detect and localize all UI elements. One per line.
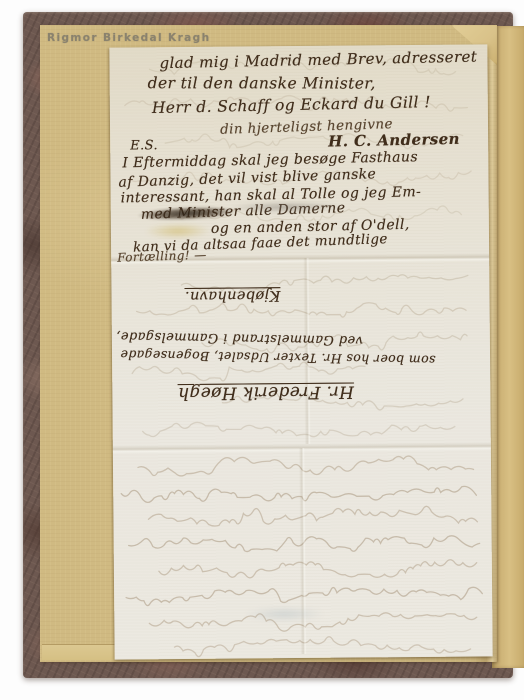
book-photo: Rigmor Birkedal Kragh glad mig i Madrid … (0, 0, 524, 700)
ownership-stamp: Rigmor Birkedal Kragh (47, 32, 210, 44)
postscript-label: E.S. (130, 138, 158, 153)
postscript-line: Fortælling! — (117, 248, 207, 265)
address-line-recipient: Hr. Frederik Høegh (158, 381, 373, 403)
letter-line: der til den danske Minister, (148, 74, 376, 92)
letter-paper: glad mig i Madrid med Brev, adresseret d… (109, 44, 492, 659)
address-line-city: Kjøbenhavn. (157, 287, 307, 304)
signature: H. C. Andersen (328, 130, 460, 151)
